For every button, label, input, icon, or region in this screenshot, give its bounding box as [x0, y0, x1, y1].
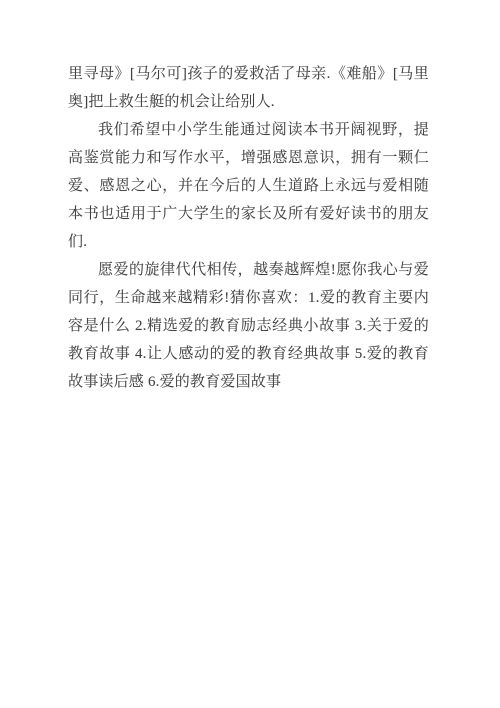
document-page: 里寻母》[马尔可]孩子的爱救活了母亲.《难船》[马里奥]把上救生艇的机会让给别人…	[0, 0, 500, 708]
paragraph-wish-and-recommendations: 愿爱的旋律代代相传，越奏越辉煌!愿你我心与爱同行，生命越来越精彩!猜你喜欢：1.…	[68, 256, 429, 396]
text-block: 里寻母》[马尔可]孩子的爱救活了母亲.《难船》[马里奥]把上救生艇的机会让给别人…	[68, 60, 429, 396]
paragraph-hope: 我们希望中小学生能通过阅读本书开阔视野，提高鉴赏能力和写作水平，增强感恩意识，拥…	[68, 116, 429, 256]
paragraph-continuation: 里寻母》[马尔可]孩子的爱救活了母亲.《难船》[马里奥]把上救生艇的机会让给别人…	[68, 60, 429, 116]
